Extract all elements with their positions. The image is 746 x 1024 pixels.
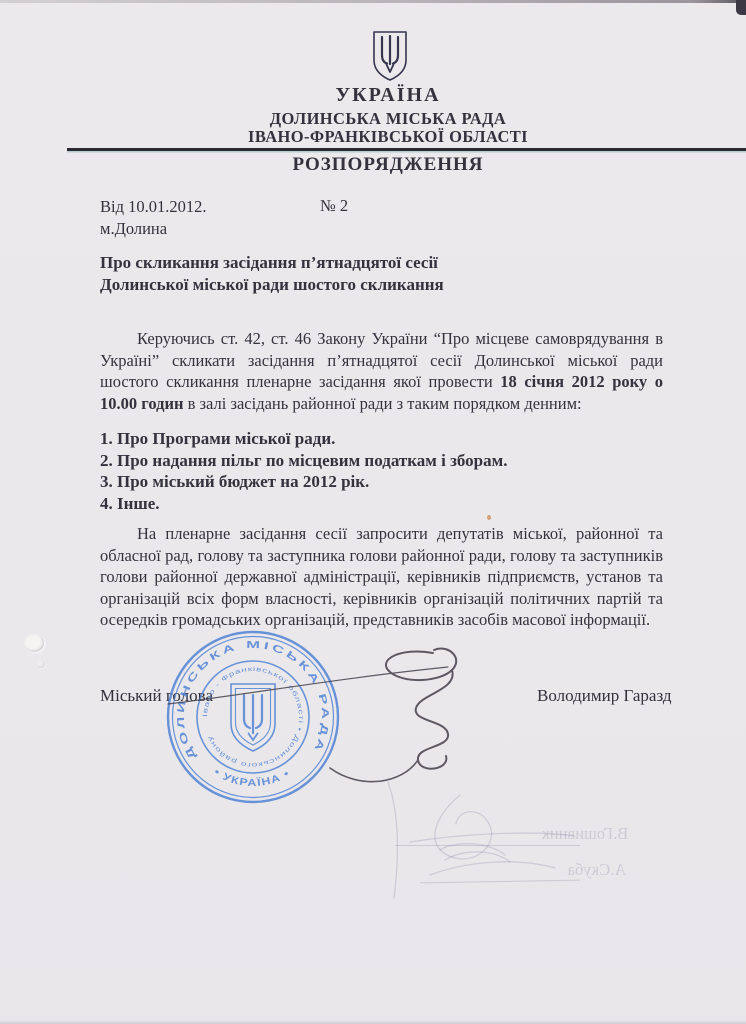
paper-blemish-dot [36, 660, 45, 668]
bleed-through-name: А.Скуба [542, 860, 652, 880]
scan-top-edge-shadow [0, 0, 746, 3]
scanned-document-page: УКРАЇНА ДОЛИНСЬКА МІСЬКА РАДА ІВАНО-ФРАН… [0, 0, 746, 1024]
document-type-title: РОЗПОРЯДЖЕННЯ [30, 154, 746, 176]
agenda-item: 4. Інше. [100, 493, 507, 515]
bleed-through-name: В.Гошивник [520, 824, 650, 844]
document-date: Від 10.01.2012. [100, 197, 207, 217]
paragraph-text: в залі засідань районної ради з таким по… [183, 394, 581, 413]
body-paragraph-2: На пленарне засідання сесії запросити де… [100, 523, 663, 631]
bleed-through-line [395, 845, 580, 846]
region-title: ІВАНО-ФРАНКІВСЬКОЇ ОБЛАСТІ [30, 127, 746, 147]
scan-corner-mark [736, 0, 746, 15]
bleed-through-scribbles [370, 780, 660, 920]
agenda-list: 1. Про Програми міської ради. 2. Про над… [100, 428, 507, 515]
subject-line: Про скликання засідання п’ятнадцятої сес… [100, 252, 444, 274]
document-subject: Про скликання засідання п’ятнадцятої сес… [100, 252, 444, 295]
country-title: УКРАЇНА [30, 84, 746, 107]
paper-speck [487, 515, 491, 520]
agenda-item: 1. Про Програми міської ради. [100, 428, 507, 450]
header-divider-rule [67, 148, 746, 151]
subject-line: Долинської міської ради шостого скликанн… [100, 274, 444, 296]
scan-bottom-edge-shadow [0, 1020, 746, 1024]
council-title: ДОЛИНСЬКА МІСЬКА РАДА [30, 109, 746, 129]
body-paragraph-1: Керуючись ст. 42, ст. 46 Закону України … [100, 328, 663, 414]
document-number: № 2 [320, 196, 348, 216]
agenda-item: 3. Про міський бюджет на 2012 рік. [100, 471, 507, 493]
paper-blemish-dot [24, 634, 44, 652]
ukraine-trident-emblem-icon [372, 30, 408, 82]
signer-name: Володимир Гаразд [537, 686, 672, 706]
agenda-item: 2. Про надання пільг по місцевим податка… [100, 450, 507, 472]
document-city: м.Долина [100, 219, 167, 239]
